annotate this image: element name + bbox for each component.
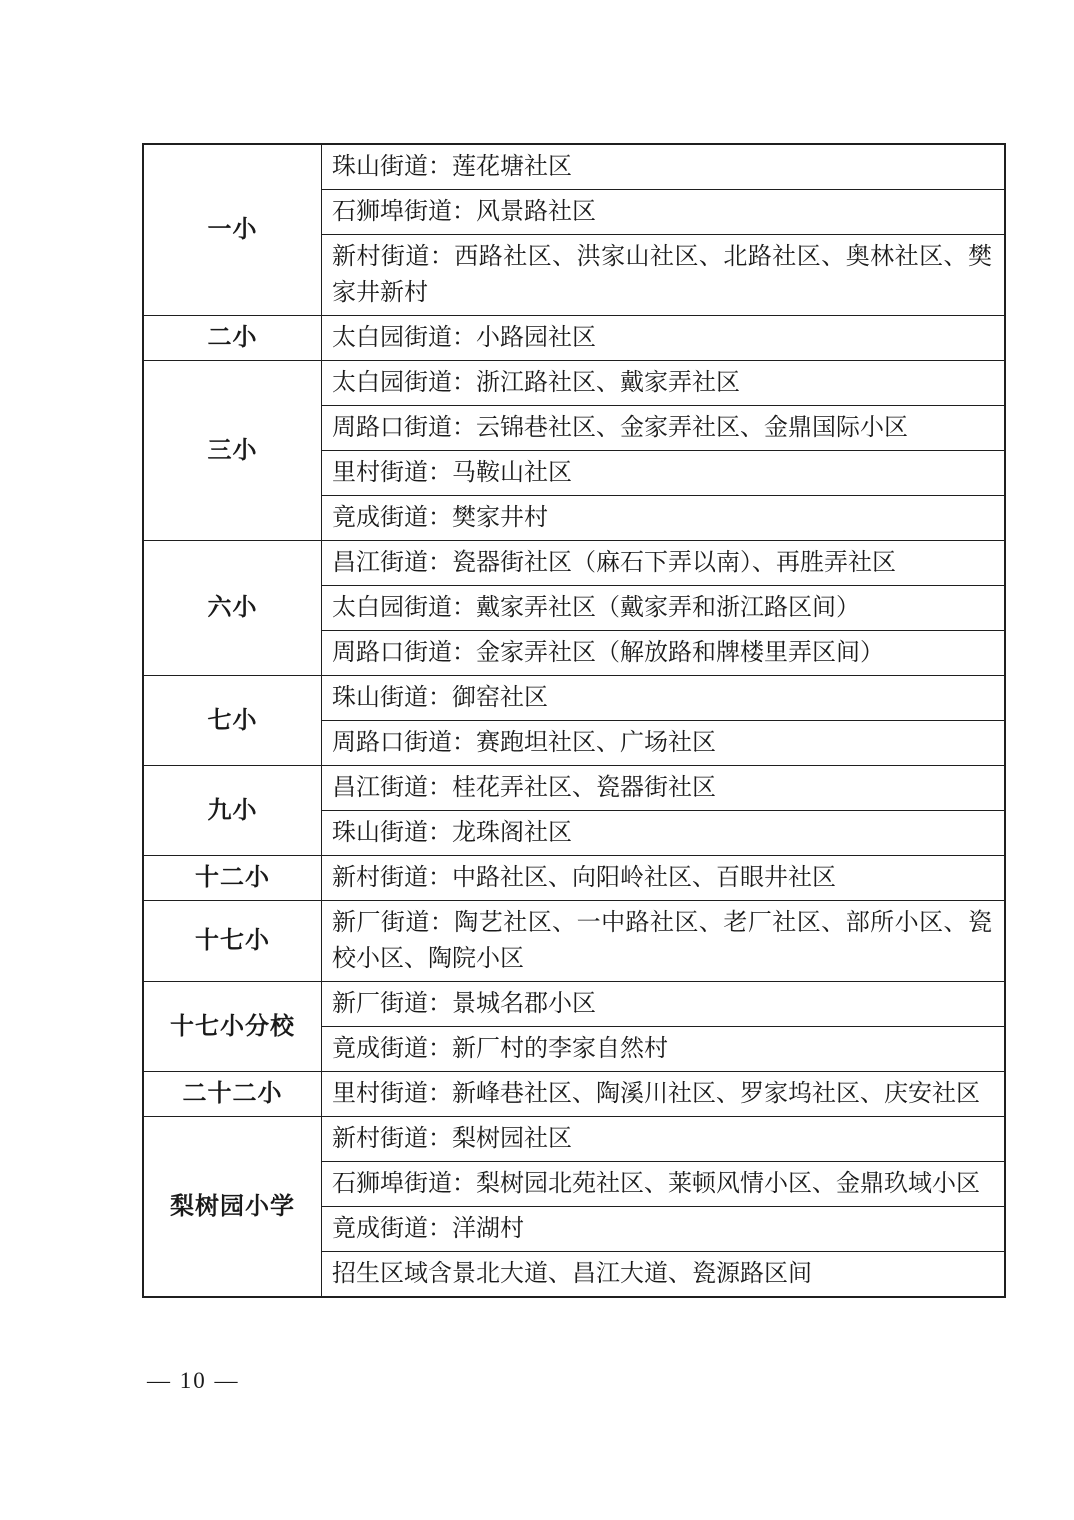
district-entry: 新村街道：梨树园社区	[322, 1117, 1006, 1162]
table-row: 三小 太白园街道：浙江路社区、戴家弄社区	[143, 361, 1005, 406]
district-entry: 里村街道：马鞍山社区	[322, 451, 1006, 496]
table-row: 六小 昌江街道：瓷器街社区（麻石下弄以南）、再胜弄社区	[143, 541, 1005, 586]
district-entry: 昌江街道：瓷器街社区（麻石下弄以南）、再胜弄社区	[322, 541, 1006, 586]
district-entry: 招生区域含景北大道、昌江大道、瓷源路区间	[322, 1252, 1006, 1298]
district-entry: 新厂街道：景城名郡小区	[322, 982, 1006, 1027]
district-entry: 太白园街道：小路园社区	[322, 316, 1006, 361]
table-row: 二小 太白园街道：小路园社区	[143, 316, 1005, 361]
school-name: 梨树园小学	[143, 1117, 322, 1298]
school-name: 十七小分校	[143, 982, 322, 1072]
district-entry: 石狮埠街道：风景路社区	[322, 190, 1006, 235]
district-entry: 珠山街道：龙珠阁社区	[322, 811, 1006, 856]
district-entry: 周路口街道：金家弄社区（解放路和牌楼里弄区间）	[322, 631, 1006, 676]
page-number: — 10 —	[147, 1368, 240, 1394]
document-page: 一小 珠山街道：莲花塘社区 石狮埠街道：风景路社区 新村街道：西路社区、洪家山社…	[0, 0, 1074, 1520]
district-entry: 石狮埠街道：梨树园北苑社区、莱顿风情小区、金鼎玖域小区	[322, 1162, 1006, 1207]
table-row: 十七小 新厂街道：陶艺社区、一中路社区、老厂社区、部所小区、瓷校小区、陶院小区	[143, 901, 1005, 982]
table-row: 九小 昌江街道：桂花弄社区、瓷器街社区	[143, 766, 1005, 811]
district-entry: 周路口街道：赛跑坦社区、广场社区	[322, 721, 1006, 766]
district-entry: 竟成街道：洋湖村	[322, 1207, 1006, 1252]
district-entry: 珠山街道：莲花塘社区	[322, 144, 1006, 190]
district-entry: 里村街道：新峰巷社区、陶溪川社区、罗家坞社区、庆安社区	[322, 1072, 1006, 1117]
school-name: 七小	[143, 676, 322, 766]
district-entry: 新村街道：中路社区、向阳岭社区、百眼井社区	[322, 856, 1006, 901]
district-entry: 新厂街道：陶艺社区、一中路社区、老厂社区、部所小区、瓷校小区、陶院小区	[322, 901, 1006, 982]
district-entry: 竟成街道：新厂村的李家自然村	[322, 1027, 1006, 1072]
school-name: 十二小	[143, 856, 322, 901]
district-entry: 太白园街道：戴家弄社区（戴家弄和浙江路区间）	[322, 586, 1006, 631]
table-row: 二十二小 里村街道：新峰巷社区、陶溪川社区、罗家坞社区、庆安社区	[143, 1072, 1005, 1117]
district-entry: 珠山街道：御窑社区	[322, 676, 1006, 721]
table-row: 七小 珠山街道：御窑社区	[143, 676, 1005, 721]
district-entry: 周路口街道：云锦巷社区、金家弄社区、金鼎国际小区	[322, 406, 1006, 451]
school-name: 二小	[143, 316, 322, 361]
table-row: 十二小 新村街道：中路社区、向阳岭社区、百眼井社区	[143, 856, 1005, 901]
school-name: 六小	[143, 541, 322, 676]
district-entry: 太白园街道：浙江路社区、戴家弄社区	[322, 361, 1006, 406]
district-entry: 新村街道：西路社区、洪家山社区、北路社区、奥林社区、樊家井新村	[322, 235, 1006, 316]
school-name: 一小	[143, 144, 322, 316]
district-entry: 昌江街道：桂花弄社区、瓷器街社区	[322, 766, 1006, 811]
school-district-table: 一小 珠山街道：莲花塘社区 石狮埠街道：风景路社区 新村街道：西路社区、洪家山社…	[142, 143, 1006, 1298]
table-row: 梨树园小学 新村街道：梨树园社区	[143, 1117, 1005, 1162]
school-name: 三小	[143, 361, 322, 541]
table-row: 一小 珠山街道：莲花塘社区	[143, 144, 1005, 190]
school-name: 九小	[143, 766, 322, 856]
district-entry: 竟成街道：樊家井村	[322, 496, 1006, 541]
school-name: 二十二小	[143, 1072, 322, 1117]
school-name: 十七小	[143, 901, 322, 982]
table-row: 十七小分校 新厂街道：景城名郡小区	[143, 982, 1005, 1027]
